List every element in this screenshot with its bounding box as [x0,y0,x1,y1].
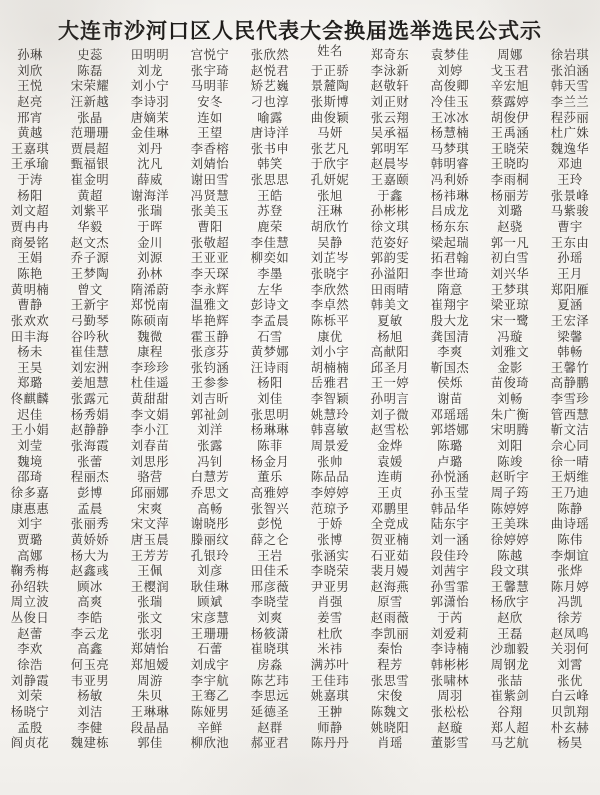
name-cell: 孙玉莹 [420,486,480,502]
name-cell: 顾冰 [60,580,120,596]
name-cell: 王梦琪 [480,283,540,299]
name-cell: 李雨桐 [480,173,540,189]
name-cell: 刘霄 [540,658,600,674]
name-cell: 高畅 [180,502,240,518]
name-cell: 殷大龙 [420,314,480,330]
name-cell: 刘茜宇 [420,564,480,580]
name-cell: 顾斌 [180,595,240,611]
name-cell: 刘龙 [120,64,180,80]
name-cell: 肖瑶 [360,736,420,752]
name-cell: 刘文超 [0,204,60,220]
name-cell: 郭祉剑 [180,408,240,424]
name-cell: 景麓陶 [300,79,360,95]
name-cell: 陈菲 [240,439,300,455]
name-cell: 杨欣宇 [480,595,540,611]
name-cell: 田丰海 [0,330,60,346]
name-cell: 郑璐 [0,376,60,392]
name-cell: 原雪 [360,595,420,611]
name-cell: 马妍 [300,126,360,142]
name-cell: 宋明腾 [480,423,540,439]
name-cell: 王承瑜 [0,157,60,173]
name-cell: 杨阳 [240,376,300,392]
name-cell: 黄明楠 [0,283,60,299]
name-cell: 秦怡 [360,642,420,658]
name-cell: 迟佳 [0,408,60,424]
name-cell: 孙明言 [360,392,420,408]
name-cell: 孙溢阳 [360,267,420,283]
name-cell: 曹静 [0,298,60,314]
name-cell: 陈竣 [480,455,540,471]
name-cell: 马紫骏 [540,204,600,220]
name-cell: 李云龙 [60,627,120,643]
name-cell: 孟殷 [0,721,60,737]
name-cell: 冯凯 [540,595,600,611]
name-cell: 左华 [240,283,300,299]
name-cell: 段文琪 [480,564,540,580]
name-cell: 于娇 [300,517,360,533]
name-cell: 汪新越 [60,95,120,111]
name-cell: 唐嫡茉 [120,111,180,127]
name-cell: 曾文 [60,283,120,299]
name-cell: 杜广姝 [540,126,600,142]
name-cell: 韩明睿 [420,157,480,173]
name-cell: 高献阳 [360,345,420,361]
name-cell: 张智兴 [240,502,300,518]
name-cell: 宋荣耀 [60,79,120,95]
name-cell: 谢苗 [420,392,480,408]
name-cell: 金佳琳 [120,126,180,142]
name-cell: 于鑫 [360,189,420,205]
name-cell: 魏建栋 [60,736,120,752]
name-cell: 于涛 [0,173,60,189]
name-cell: 王昊 [0,361,60,377]
name-cell: 赵群 [240,721,300,737]
name-cell: 李晓荣 [300,564,360,580]
name-cell: 杨丽芳 [480,189,540,205]
name-cell: 田明明 [120,48,180,64]
name-cell: 程丽杰 [60,470,120,486]
name-cell: 靳国杰 [420,361,480,377]
name-cell: 史蕊 [60,48,120,64]
name-cell: 刘小宁 [120,79,180,95]
name-cell: 何玉亮 [60,658,120,674]
name-cell: 王美珠 [480,517,540,533]
name-cell: 薛之仑 [240,533,300,549]
name-cell: 佘心同 [540,439,600,455]
name-cell: 张思思 [240,173,300,189]
name-cell: 满苏叶 [300,658,360,674]
name-cell: 王东由 [540,236,600,252]
name-cell: 陈静 [540,502,600,518]
name-cell: 陈魏文 [360,705,420,721]
name-cell: 毕艳辉 [180,314,240,330]
name-cell: 张晶 [60,111,120,127]
name-cell: 韩天雪 [540,79,600,95]
name-cell: 宫悦宁 [180,48,240,64]
name-cell: 张羽 [120,627,180,643]
name-cell: 骆营 [120,470,180,486]
name-cell: 谢晓彤 [180,517,240,533]
name-cell: 曲俊颖 [300,111,360,127]
name-cell: 柳欣池 [180,736,240,752]
name-cell: 赵璇 [420,721,480,737]
name-cell: 王皓 [240,189,300,205]
name-cell: 杨琳琳 [240,423,300,439]
name-cell: 曲诗瑶 [540,517,600,533]
name-cell: 陈丹丹 [300,736,360,752]
name-cell: 李思远 [240,689,300,705]
name-cell: 沈凡 [120,157,180,173]
name-cell: 赵悦君 [240,64,300,80]
name-cell: 刘爱莉 [420,627,480,643]
name-cell: 康惠惠 [0,502,60,518]
name-cell: 郑阳雁 [540,283,600,299]
name-cell: 刘欣 [0,64,60,80]
name-cell: 张宇琦 [180,64,240,80]
name-cell: 张海霞 [60,439,120,455]
column-header-name: 姓名 [300,44,360,60]
name-cell: 杨敏 [60,689,120,705]
name-cell: 孙绍轶 [0,580,60,596]
name-cell: 谷翔 [480,705,540,721]
name-cell: 陈磊 [60,64,120,80]
name-cell: 汪琳 [300,204,360,220]
name-cell: 陈婷婷 [480,502,540,518]
name-grid: 孙琳史蕊田明明宫悦宁张欣然姓名郑奇东袁梦佳周娜徐岩琪刘欣陈磊刘龙张宇琦赵悦君于正… [0,48,600,752]
name-cell: 韩彬彬 [420,658,480,674]
name-cell: 张涵实 [300,549,360,565]
name-cell: 李诗羽 [120,95,180,111]
name-cell: 黄超 [60,189,120,205]
name-cell: 周立波 [0,595,60,611]
name-cell: 李香榕 [180,142,240,158]
name-cell: 孙彬彬 [360,204,420,220]
name-cell: 陈艺玮 [240,674,300,690]
name-cell: 金川 [120,236,180,252]
name-cell: 刘宏洲 [60,361,120,377]
name-cell: 邵琦 [0,470,60,486]
name-cell: 宋彦慧 [180,611,240,627]
name-cell: 岳雅君 [300,376,360,392]
name-cell: 刘春苗 [120,439,180,455]
name-cell: 韦亚男 [60,674,120,690]
name-cell: 石雪 [240,330,300,346]
name-cell: 朴玄赫 [540,721,600,737]
name-cell: 马艺航 [480,736,540,752]
name-cell: 魏逸华 [540,142,600,158]
name-cell: 师静 [300,721,360,737]
document-page: 大连市沙河口区人民代表大会换届选举选民公式示 孙琳史蕊田明明宫悦宁张欣然姓名郑奇… [0,0,600,795]
page-title: 大连市沙河口区人民代表大会换届选举选民公式示 [0,0,600,48]
name-cell: 华毅 [60,220,120,236]
name-cell: 杜欣 [300,627,360,643]
name-cell: 冯贤慧 [180,189,240,205]
name-cell: 邢宵 [0,111,60,127]
name-cell: 宋文萍 [120,517,180,533]
name-cell: 王珊珊 [180,627,240,643]
name-cell: 卢璐 [420,455,480,471]
name-cell: 王翀 [300,705,360,721]
name-cell: 高俊卿 [420,79,480,95]
name-cell: 张欢欢 [0,314,60,330]
name-cell: 曹宇 [540,220,600,236]
name-cell: 王月 [540,267,600,283]
name-cell: 赵晨岑 [360,157,420,173]
name-cell: 陈艳 [0,267,60,283]
name-cell: 张烨 [540,564,600,580]
name-cell: 贝凯翔 [540,705,600,721]
name-cell: 高娜 [0,549,60,565]
name-cell: 姚慧玲 [300,408,360,424]
name-cell: 韩喜敏 [300,423,360,439]
name-cell: 李天琛 [180,267,240,283]
name-cell: 喻露 [240,111,300,127]
name-cell: 关羽何 [540,642,600,658]
name-cell: 吴静 [300,236,360,252]
name-cell: 张瑞 [120,595,180,611]
name-cell: 全竞成 [360,517,420,533]
name-cell: 王新宇 [60,298,120,314]
name-cell: 徐婷婷 [480,533,540,549]
name-cell: 张喆 [480,674,540,690]
name-cell: 李永辉 [180,283,240,299]
name-cell: 张欣然 [240,48,300,64]
name-cell: 康优 [300,330,360,346]
name-cell: 温雅文 [180,298,240,314]
name-cell: 李兰兰 [540,95,600,111]
name-cell: 曹阳 [180,220,240,236]
name-cell: 刘爽 [240,611,300,627]
name-cell: 杨慧楠 [420,126,480,142]
name-cell: 李小江 [120,423,180,439]
name-cell: 孔妍妮 [300,173,360,189]
name-cell: 乔子源 [60,251,120,267]
name-cell: 孙林 [120,267,180,283]
name-cell: 刘婧怡 [180,157,240,173]
name-cell: 范琼予 [300,502,360,518]
name-cell: 蔡露婷 [480,95,540,111]
name-cell: 冯利娇 [420,173,480,189]
name-cell: 姜旭慧 [60,376,120,392]
name-cell: 陈品品 [300,470,360,486]
name-cell: 刘彦 [180,564,240,580]
name-cell: 孙瑶 [540,251,600,267]
name-cell: 赵海燕 [360,580,420,596]
name-cell: 辛鲜 [180,721,240,737]
name-cell: 刘莹 [0,439,60,455]
name-cell: 王亚亚 [180,251,240,267]
name-cell: 王玲 [540,173,600,189]
name-cell: 刘一涵 [420,533,480,549]
name-cell: 郭韵雯 [360,251,420,267]
name-cell: 高爽 [60,595,120,611]
name-cell: 高鑫 [60,642,120,658]
name-cell: 夏涵 [540,298,600,314]
name-cell: 刘正财 [360,95,420,111]
name-cell: 张蕾 [60,455,120,471]
name-cell: 佟麒麟 [0,392,60,408]
name-cell: 赵欣 [480,611,540,627]
name-cell: 王乃迪 [540,486,600,502]
name-cell: 肖强 [300,595,360,611]
name-cell: 董影雪 [420,736,480,752]
name-cell: 王小娟 [0,423,60,439]
name-cell: 赵雪松 [360,423,420,439]
name-cell: 刘子微 [360,408,420,424]
name-cell: 靳文洁 [540,423,600,439]
name-cell: 胡欣竹 [300,220,360,236]
name-cell: 姚晓阳 [360,721,420,737]
name-cell: 刘紫平 [60,204,120,220]
name-cell: 郑悦南 [120,298,180,314]
name-cell: 赵骁 [480,220,540,236]
name-cell: 陆东宇 [420,517,480,533]
name-cell: 于芮 [420,611,480,627]
name-cell: 徐文琪 [360,220,420,236]
name-cell: 龚国清 [420,330,480,346]
name-cell: 魏境 [0,455,60,471]
name-cell: 杨金月 [240,455,300,471]
name-cell: 王娟 [0,251,60,267]
name-cell: 徐浩 [0,658,60,674]
name-cell: 白慧芳 [180,470,240,486]
name-cell: 侯烁 [420,376,480,392]
name-cell: 刘阳 [480,439,540,455]
name-cell: 崔佳慧 [60,345,120,361]
name-cell: 陈越 [480,549,540,565]
name-cell: 范姿好 [360,236,420,252]
name-cell: 周娜 [480,48,540,64]
name-cell: 鞠秀梅 [0,564,60,580]
name-cell: 孙琳 [0,48,60,64]
name-cell: 郑人超 [480,721,540,737]
name-cell: 李孟晨 [240,314,300,330]
name-cell: 王梦陶 [60,267,120,283]
name-cell: 王望 [180,126,240,142]
name-cell: 宋一鹭 [480,314,540,330]
name-cell: 初白雪 [480,251,540,267]
name-cell: 张丽秀 [60,517,120,533]
name-cell: 贾冉冉 [0,220,60,236]
name-cell: 梁亚琼 [480,298,540,314]
name-cell: 刘成宇 [180,658,240,674]
name-cell: 沙珈毅 [480,642,540,658]
name-cell: 孔银玲 [180,549,240,565]
name-cell: 范珊珊 [60,126,120,142]
name-cell: 彭诗文 [240,298,300,314]
name-cell: 杨未 [0,345,60,361]
name-cell: 张思明 [240,408,300,424]
name-cell: 高雅婷 [240,486,300,502]
name-cell: 李世琦 [420,267,480,283]
name-cell: 耿佳琳 [180,580,240,596]
name-cell: 滕丽纹 [180,533,240,549]
name-cell: 王岩 [240,549,300,565]
name-cell: 韩品华 [420,502,480,518]
name-cell: 马梦琪 [420,142,480,158]
name-cell: 孙雪霏 [420,580,480,596]
name-cell: 韩畅 [540,345,600,361]
name-cell: 马明菲 [180,79,240,95]
name-cell: 李皓 [60,611,120,627]
name-cell: 陈伟 [540,533,600,549]
name-cell: 黄甜甜 [120,392,180,408]
name-cell: 崔金明 [60,173,120,189]
name-cell: 张景峰 [540,189,600,205]
name-cell: 崔翔宇 [420,298,480,314]
name-cell: 袁媛 [360,455,420,471]
name-cell: 冯钊 [180,455,240,471]
name-cell: 王晓荣 [480,142,540,158]
name-cell: 隋意 [420,283,480,299]
name-cell: 金影 [480,361,540,377]
name-cell: 王磊 [480,627,540,643]
name-cell: 周羽 [420,689,480,705]
name-cell: 裴月嫚 [360,564,420,580]
name-cell: 杨祎琳 [420,189,480,205]
name-cell: 赵文杰 [60,236,120,252]
name-cell: 邱圣月 [360,361,420,377]
name-cell: 李墨 [240,267,300,283]
name-cell: 王参参 [180,376,240,392]
name-cell: 柳奕如 [240,251,300,267]
name-cell: 邱丽娜 [120,486,180,502]
name-cell: 丛俊日 [0,611,60,627]
name-cell: 王宏泽 [540,314,600,330]
name-cell: 黄越 [0,126,60,142]
name-cell: 王馨慧 [480,580,540,596]
name-cell: 唐玉晨 [120,533,180,549]
name-cell: 刁也淳 [240,95,300,111]
name-cell: 石亚茹 [360,549,420,565]
name-cell: 梁起瑞 [420,236,480,252]
name-cell: 王樱润 [120,580,180,596]
name-cell: 张云翔 [360,111,420,127]
name-cell: 李爽 [420,345,480,361]
name-cell: 谢海洋 [120,189,180,205]
name-cell: 刘璐 [480,204,540,220]
name-cell: 拓君翰 [420,251,480,267]
name-cell: 汪诗雨 [240,361,300,377]
name-cell: 李欢 [0,642,60,658]
name-cell: 刘畅 [480,392,540,408]
name-cell: 陈娅男 [180,705,240,721]
name-cell: 刘静霞 [0,674,60,690]
name-cell: 赵雨薇 [360,611,420,627]
name-cell: 阎贞花 [0,736,60,752]
name-cell: 谷吟秋 [60,330,120,346]
name-cell: 高静鹏 [540,376,600,392]
name-cell: 于欣宇 [300,157,360,173]
name-cell: 宋俊 [360,689,420,705]
name-cell: 米祎 [300,642,360,658]
name-cell: 胡楠楠 [300,361,360,377]
name-cell: 徐多嘉 [0,486,60,502]
name-cell: 于晖 [120,220,180,236]
name-cell: 李诗楠 [420,642,480,658]
name-cell: 郭塔娜 [420,423,480,439]
name-cell: 邢彦薇 [240,580,300,596]
name-cell: 陈硕南 [120,314,180,330]
name-cell: 苗俊琦 [480,376,540,392]
name-cell: 赵静静 [60,423,120,439]
name-cell: 刘芷岑 [300,251,360,267]
name-cell: 苏登 [240,204,300,220]
name-cell: 程莎丽 [540,111,600,127]
name-cell: 李炯谊 [540,549,600,565]
name-cell: 唐诗洋 [240,126,300,142]
name-cell: 张钧涵 [180,361,240,377]
